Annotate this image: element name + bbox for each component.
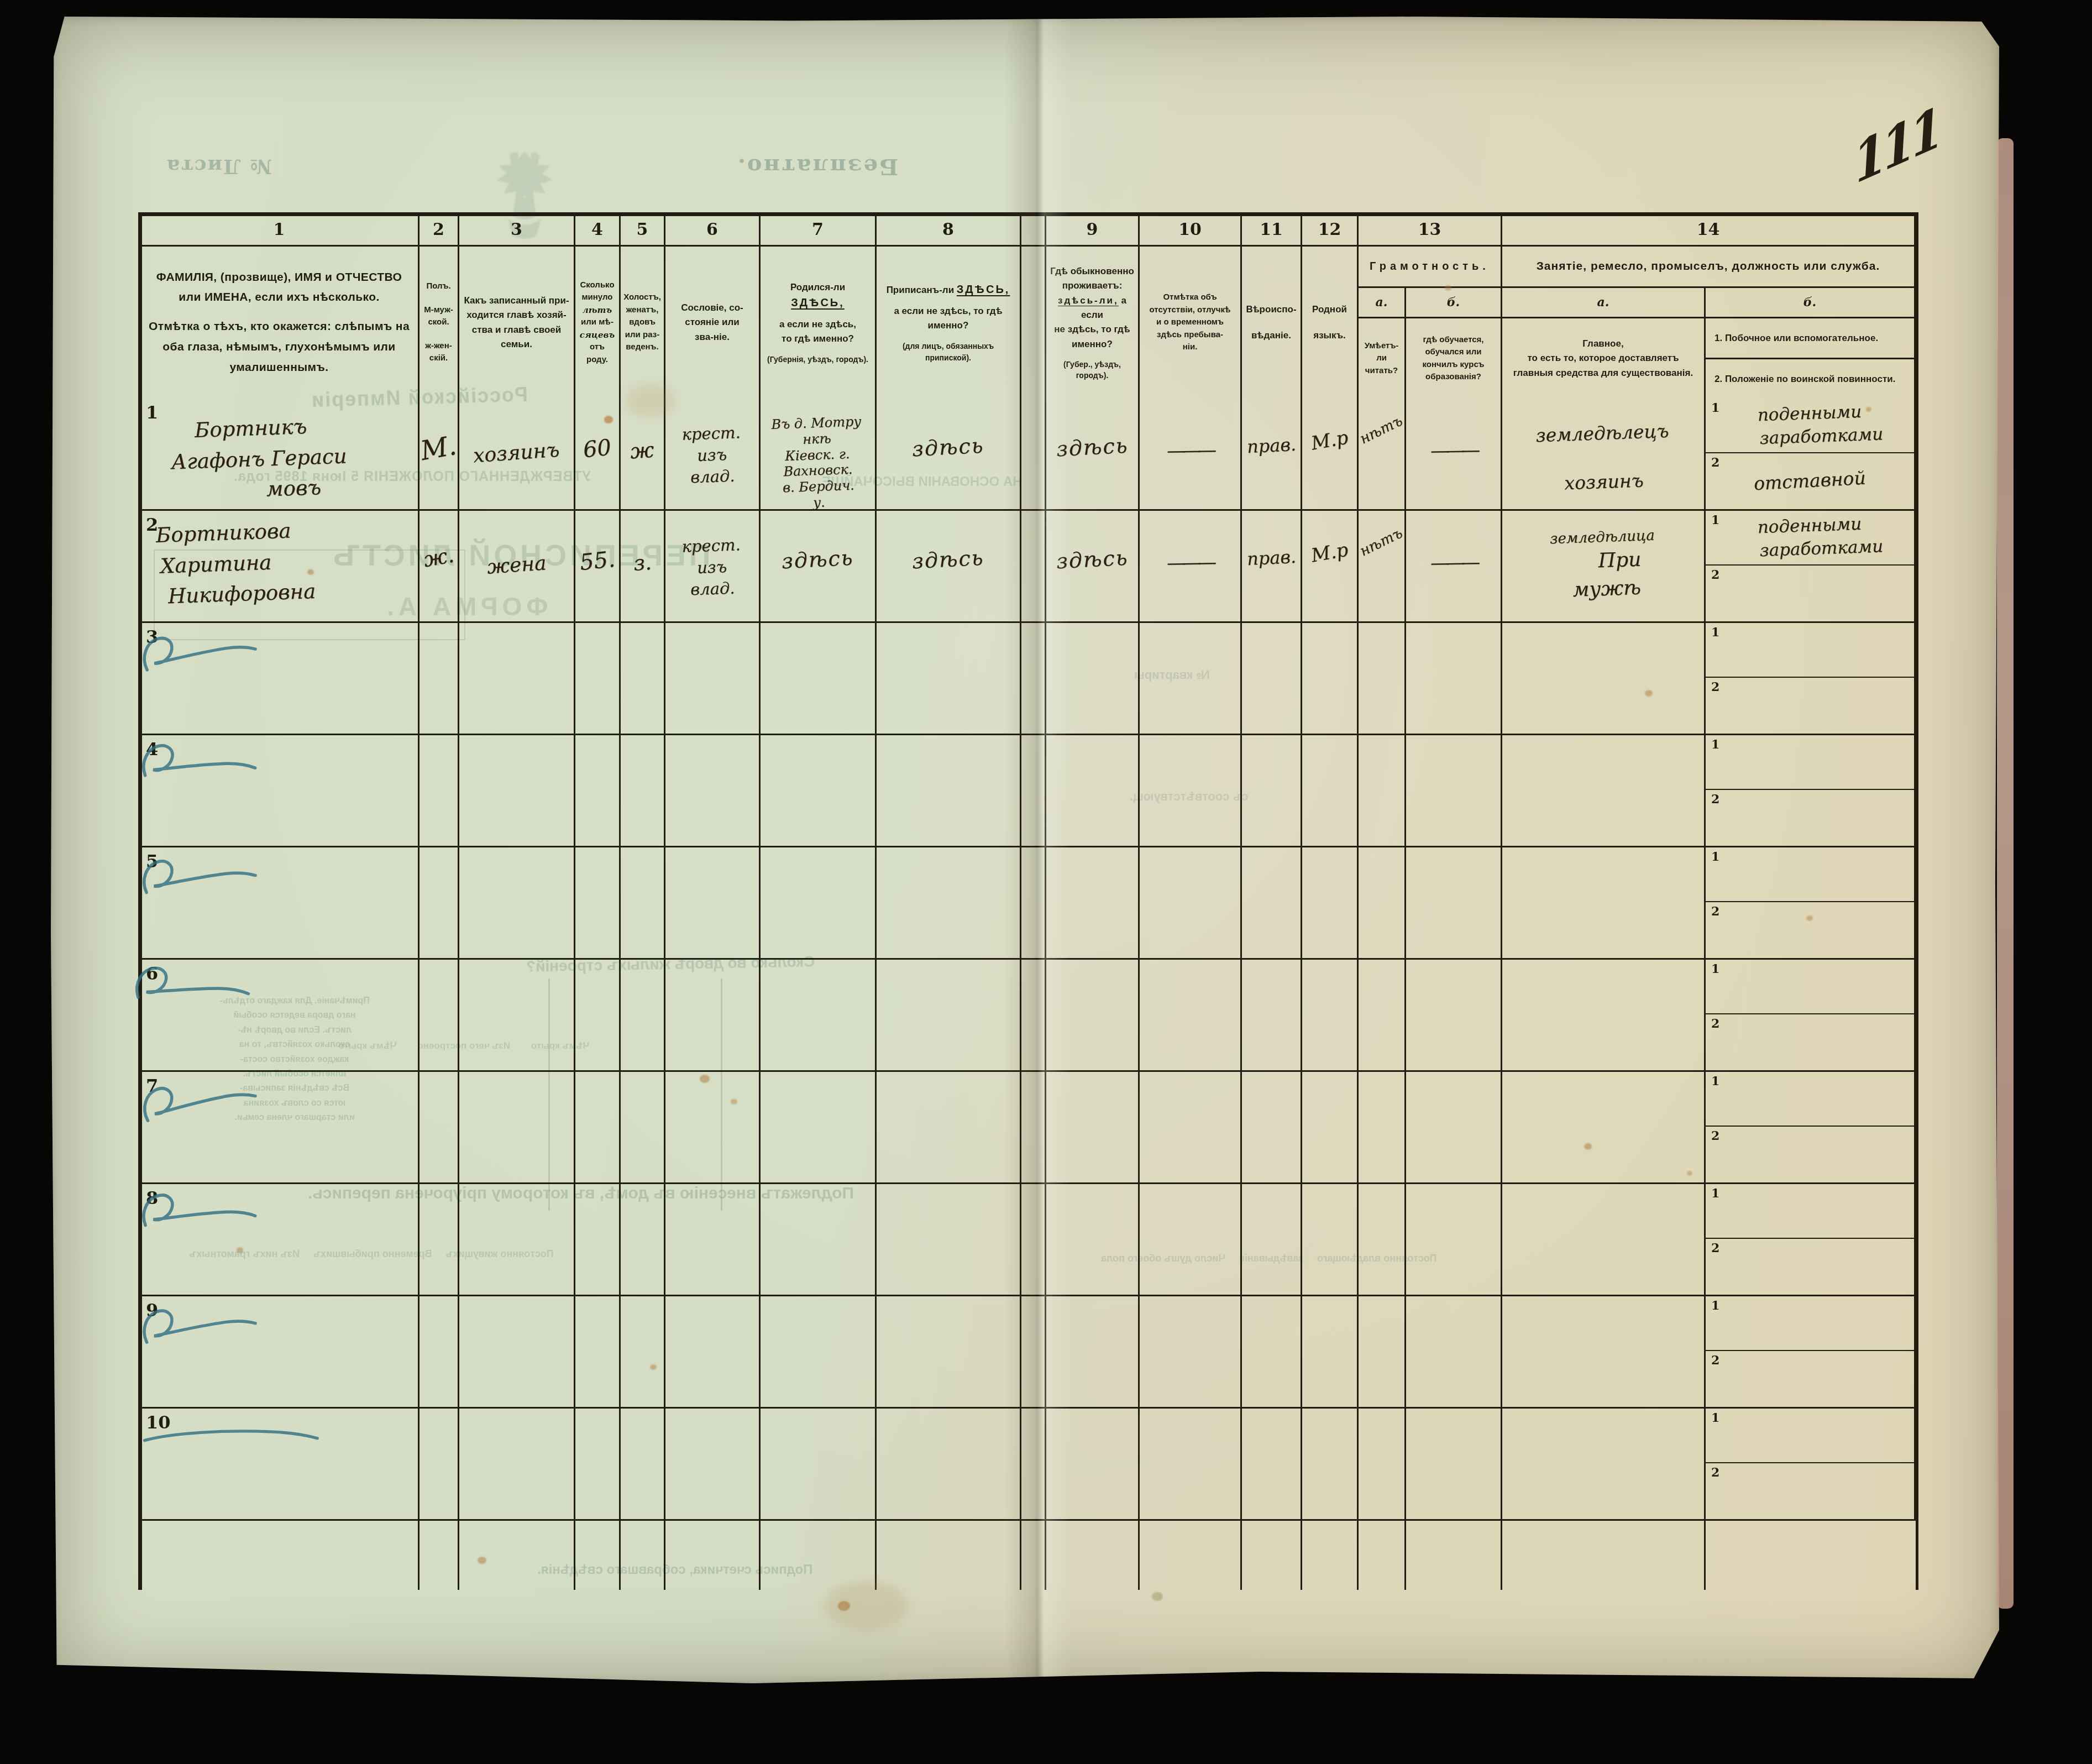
entry-relation: хозяинъ (473, 439, 560, 468)
literacy-read-header: Умѣетъ- ли читать? (1359, 318, 1406, 399)
cell-religion: прав. (1242, 399, 1302, 509)
cell-absence: ——— (1140, 511, 1242, 621)
fold-gap (1021, 214, 1046, 247)
foxing-spot (731, 1099, 737, 1105)
entry-military: отставной (1753, 467, 1866, 495)
col-header-sex: Полъ. М-муж-ской. ж-жен-скій. (420, 247, 459, 399)
column-number: 2 (433, 220, 444, 239)
entry-education-dash: ——— (1430, 439, 1477, 462)
entry-language: М.р (1309, 538, 1350, 567)
entry-name: БортникъАгафонъ Герасимовъ (170, 410, 348, 508)
foxing-spot (650, 1364, 657, 1370)
column-number: 7 (812, 220, 824, 239)
cell-name: 2 БортниковаХаритинаНикифоровна (140, 511, 420, 621)
table-row: 9 1 2 (140, 1296, 1916, 1409)
cell-name: 4 (140, 735, 420, 846)
cell-name: 1 БортникъАгафонъ Герасимовъ (140, 399, 420, 509)
cell-occupation-side: 1 поденнымизаработками 2 (1706, 511, 1916, 621)
header-text: ФАМИЛІЯ, (прозвище), ИМЯ и ОТЧЕСТВО или … (146, 268, 412, 308)
entry-age: 55. (578, 547, 616, 575)
column-number: 1 (274, 220, 285, 239)
book-page-edge (1997, 138, 2014, 1609)
literacy-title: Грамотность. (1359, 247, 1501, 288)
entry-relation: жена (486, 552, 547, 578)
entry-occupation-side: поденнымизаработками (1736, 512, 1883, 563)
column-number: 9 (1087, 220, 1098, 239)
cell-absence: ——— (1140, 399, 1242, 509)
column-number: 11 (1260, 220, 1283, 239)
entry-marital: з. (632, 550, 652, 575)
col-header-estate: Сословіе, со- стояніе или зва-ніе. (665, 247, 761, 399)
fold-gap (1021, 1521, 1046, 1590)
cell-sex: ж. (420, 511, 459, 621)
bleed-free-stamp: Безплатно. (736, 154, 898, 180)
row-number: 3 (146, 626, 158, 647)
census-sheet: № Листа Безплатно. Россійской Имперіи НА… (51, 17, 1999, 1683)
cell-age: 55. (575, 511, 621, 621)
entry-registration: здѣсь (911, 433, 984, 462)
entry-education-dash: ——— (1430, 551, 1477, 574)
cell-occupation-side: 1 поденнымизаработками 2 отставной (1706, 399, 1916, 509)
fold-gap (1021, 1409, 1046, 1519)
entry-birthplace: здѣсь (781, 546, 854, 574)
cell-occupation-main: земледѣлецъхозяинъ (1502, 399, 1706, 509)
entry-absence-dash: ——— (1167, 551, 1214, 574)
column-number: 3 (511, 220, 522, 239)
foxing-spot (478, 1557, 486, 1564)
row-number: 8 (146, 1187, 158, 1208)
cell-language: М.р (1302, 511, 1359, 621)
sub-col-b: б. (1706, 288, 1914, 317)
row-number: 1 (146, 402, 158, 423)
cell-birthplace: здѣсь (761, 511, 877, 621)
cell-name: 6 (140, 960, 420, 1070)
fold-gap (1021, 960, 1046, 1070)
cell-birthplace: Въ д. МотрункѣКіевск. г. Вахновск.в. Бер… (761, 399, 877, 509)
cell-literacy-read: нѣтъ (1359, 511, 1406, 621)
table-row: 6 1 2 (140, 960, 1916, 1072)
cell-estate: крест.изъвлад. (665, 511, 761, 621)
column-number: 8 (942, 220, 954, 239)
occupation-side-sub1: 1 поденнымизаработками (1706, 399, 1914, 453)
column-number: 12 (1318, 220, 1341, 239)
row-number: 5 (146, 851, 158, 872)
cell-name: 7 (140, 1072, 420, 1182)
col-header-absence: Отмѣтка объ отсутствіи, отлучкѣ и о врем… (1140, 247, 1242, 399)
cell-language: М.р (1302, 399, 1359, 509)
cell-literacy-read: нѣтъ (1359, 399, 1406, 509)
column-number: 14 (1697, 220, 1720, 239)
header-text: Отмѣтка о тѣхъ, кто окажется: слѣпымъ на… (146, 317, 412, 378)
entry-registration: здѣсь (911, 546, 984, 574)
literacy-education-header: гдѣ обучается, обучался или кончилъ курс… (1406, 318, 1501, 399)
table-row: 3 1 2 (140, 623, 1916, 735)
column-line-tails (140, 1521, 1916, 1590)
column-number: 6 (706, 220, 718, 239)
entry-sex: ж. (421, 543, 455, 572)
entry-language: М.р (1309, 426, 1350, 454)
cell-literacy-education: ——— (1406, 399, 1502, 509)
foxing-spot (1866, 407, 1871, 412)
occupation-title: Занятіе, ремесло, промыселъ, должность и… (1502, 247, 1914, 288)
row-number: 9 (146, 1300, 158, 1321)
foxing-spot (604, 416, 613, 423)
col-header-registration: Приписанъ-ли ЗДѢСЬ, а если не здѣсь, то … (877, 247, 1021, 399)
cell-registration: здѣсь (877, 511, 1021, 621)
occupation-side-header: 1. Побочное или вспомогательное. 2. Поло… (1706, 318, 1914, 399)
cell-marital: з. (621, 511, 665, 621)
entry-religion: прав. (1246, 434, 1297, 458)
row-number: 6 (146, 963, 158, 984)
table-row: 4 1 2 (140, 735, 1916, 847)
cell-name: 9 (140, 1296, 420, 1407)
page-number: 111 (1850, 96, 1942, 196)
column-number: 5 (637, 220, 648, 239)
cell-registration: здѣсь (877, 399, 1021, 509)
cell-name: 10 (140, 1409, 420, 1519)
cell-estate: крест.изъвлад. (665, 399, 761, 509)
table-row: 2 БортниковаХаритинаНикифоровна ж. жена … (140, 511, 1916, 623)
table-row: 1 БортникъАгафонъ Герасимовъ М. хозяинъ … (140, 399, 1916, 511)
col-header-occupation: Занятіе, ремесло, промыселъ, должность и… (1502, 247, 1916, 399)
foxing-spot (1645, 690, 1653, 697)
occupation-side-sub2: 2 отставной (1706, 453, 1914, 508)
column-headers-row: ФАМИЛІЯ, (прозвище), ИМЯ и ОТЧЕСТВО или … (140, 247, 1916, 399)
foxing-spot (307, 569, 314, 575)
entry-age: 60 (582, 435, 612, 463)
fold-gap (1021, 623, 1046, 734)
column-number: 4 (591, 220, 603, 239)
entry-birthplace: Въ д. МотрункѣКіевск. г. Вахновск.в. Бер… (771, 413, 864, 512)
col-header-literacy: Грамотность. а. б. Умѣетъ- ли читать? гд… (1359, 247, 1502, 399)
census-table: 1 2 3 4 5 6 7 8 9 10 11 12 13 14 ФАМИЛІЯ… (138, 212, 1918, 1590)
cell-religion: прав. (1242, 511, 1302, 621)
col-header-religion: Вѣроиспо- вѣданіе. (1242, 247, 1302, 399)
occupation-side-sub2: 2 (1706, 566, 1914, 620)
fold-gap (1021, 247, 1046, 399)
table-row: 5 1 2 (140, 847, 1916, 960)
col-header-residence: Гдѣ обыкновенно проживаетъ: здѣсь-ли, а … (1046, 247, 1140, 399)
col-header-language: Родной языкъ. (1302, 247, 1359, 399)
cell-relation: хозяинъ (459, 399, 575, 509)
entry-absence-dash: ——— (1167, 439, 1214, 462)
cell-occupation-main: земледѣлицаПримужѣ (1502, 511, 1706, 621)
cell-name: 5 (140, 847, 420, 958)
table-row: 8 1 2 (140, 1184, 1916, 1296)
bleed-list-number: № Листа (166, 155, 272, 178)
foxing-spot (1445, 285, 1451, 291)
sub-col-a: а. (1359, 288, 1406, 317)
foxing-spot (1584, 1143, 1592, 1150)
col-header-birthplace: Родился-ли ЗДѢСЬ, а если не здѣсь, то гд… (761, 247, 877, 399)
cell-literacy-education: ——— (1406, 511, 1502, 621)
foxing-spot (1806, 915, 1813, 921)
photo-backdrop: { "page": { "number": "111" }, "nums": [… (0, 0, 2092, 1764)
fold-gap (1021, 735, 1046, 846)
entry-sex: М. (418, 430, 459, 467)
fold-gap (1021, 847, 1046, 958)
col-header-name: ФАМИЛІЯ, (прозвище), ИМЯ и ОТЧЕСТВО или … (140, 247, 420, 399)
entry-estate: крест.изъвлад. (681, 534, 742, 601)
entry-name: БортниковаХаритинаНикифоровна (155, 515, 316, 612)
foxing-spot (1152, 1592, 1163, 1601)
entry-occupation-main: земледѣлецъхозяинъ (1535, 418, 1671, 498)
stain (825, 1581, 908, 1631)
row-number: 7 (146, 1075, 158, 1096)
fold-gap (1021, 511, 1046, 621)
cell-sex: М. (420, 399, 459, 509)
foxing-spot (838, 1601, 850, 1611)
foxing-spot (700, 1075, 710, 1083)
fold-gap (1021, 1296, 1046, 1407)
entry-occupation-main: земледѣлицаПримужѣ (1549, 526, 1656, 605)
table-row: 7 1 2 (140, 1072, 1916, 1184)
fold-gap (1021, 1184, 1046, 1295)
foxing-spot (237, 1247, 243, 1253)
cell-name: 8 (140, 1184, 420, 1295)
cell-name: 3 (140, 623, 420, 734)
sub-col-b: б. (1406, 288, 1501, 317)
cell-age: 60 (575, 399, 621, 509)
entry-religion: прав. (1246, 546, 1297, 570)
column-numbers-row: 1 2 3 4 5 6 7 8 9 10 11 12 13 14 (140, 214, 1916, 247)
sub-col-a: а. (1502, 288, 1706, 317)
column-number: 13 (1418, 220, 1441, 239)
fold-gap (1021, 1072, 1046, 1182)
row-number: 4 (146, 739, 158, 760)
foxing-spot (1687, 1171, 1692, 1176)
col-header-age: Сколько минуло лѣтъ или мѣ- сяцевъ отъ р… (575, 247, 621, 399)
entry-residence: здѣсь (1056, 433, 1129, 462)
entry-occupation-side: поденнымизаработками (1736, 400, 1883, 451)
cell-residence: здѣсь (1046, 399, 1140, 509)
row-number: 10 (146, 1412, 171, 1433)
col-header-marital: Холостъ, женатъ, вдовъ или раз- веденъ. (621, 247, 665, 399)
entry-residence: здѣсь (1056, 546, 1129, 574)
occupation-side-sub1: 1 поденнымизаработками (1706, 511, 1914, 566)
fold-gap (1021, 399, 1046, 509)
col-header-relation: Какъ записанный при- ходится главѣ хозяй… (459, 247, 575, 399)
column-number: 10 (1178, 220, 1202, 239)
entry-estate: крест.изъвлад. (681, 422, 742, 489)
entry-literacy: нѣтъ (1357, 413, 1406, 448)
table-row: 10 1 2 (140, 1409, 1916, 1521)
cell-residence: здѣсь (1046, 511, 1140, 621)
cell-relation: жена (459, 511, 575, 621)
occupation-main-header: Главное, то есть то, которое доставляетъ… (1502, 318, 1706, 399)
entry-marital: ж (630, 438, 655, 464)
entry-literacy: нѣтъ (1357, 525, 1406, 560)
stain (626, 384, 675, 417)
